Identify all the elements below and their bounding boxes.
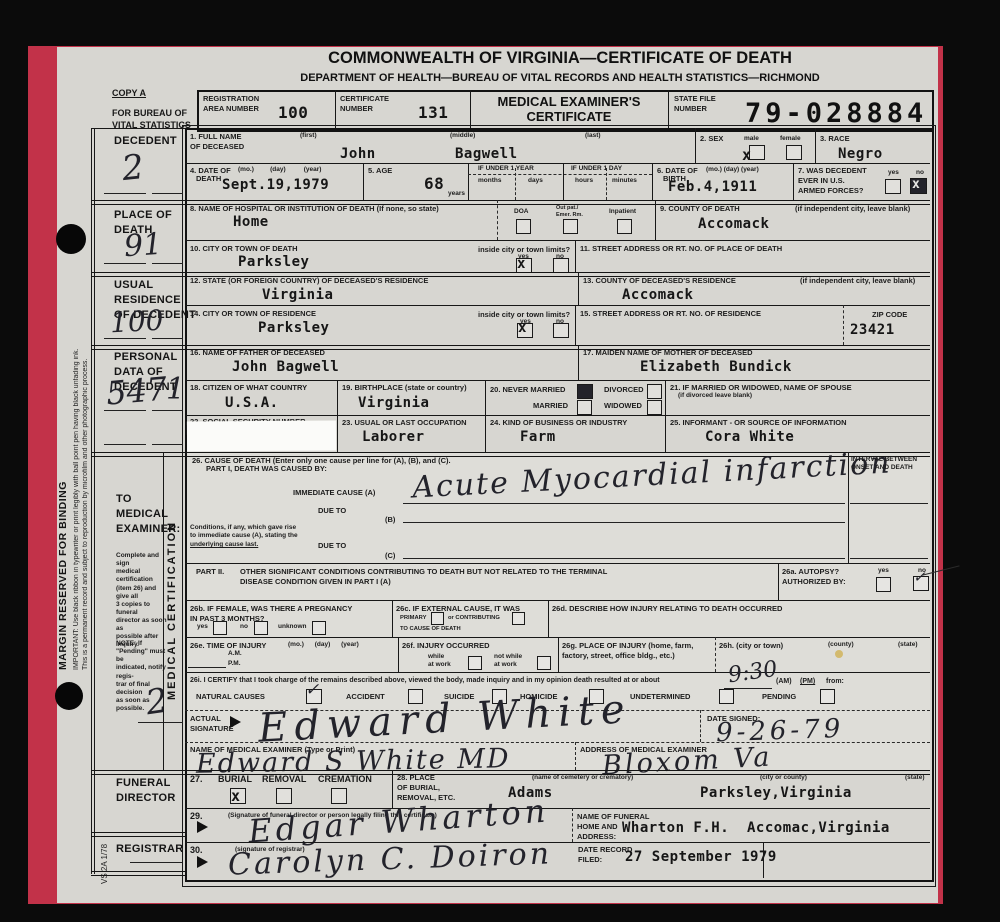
field5-under1year-label: IF UNDER 1 YEAR <box>478 165 534 173</box>
checkbox-death-limits-yes-mark: x <box>517 256 526 272</box>
field10-label: 10. CITY OR TOWN OF DEATH <box>190 244 298 254</box>
field21-hint: (if divorced leave blank) <box>678 392 752 400</box>
divider <box>185 742 930 743</box>
divider <box>468 174 652 175</box>
field3-label: 3. RACE <box>820 134 850 144</box>
field9-hint: (if independent city, leave blank) <box>795 204 910 214</box>
checkbox-sex-female <box>786 145 802 160</box>
part2-label: PART II. <box>196 567 224 577</box>
divider <box>548 600 549 637</box>
checkbox-doa <box>516 219 531 234</box>
field13-county-value: Accomack <box>622 287 693 303</box>
divider <box>91 200 185 205</box>
field26b-no-label: no <box>240 623 248 631</box>
checkbox-removal <box>276 788 292 804</box>
checkbox-undetermined <box>719 689 734 704</box>
sidebar-border <box>91 128 92 874</box>
divider <box>575 240 576 272</box>
field26e-pm-label: P.M. <box>228 660 241 668</box>
sidebar-decedent-label: DECEDENT <box>114 134 177 149</box>
field1-hint-middle: (middle) <box>450 132 475 140</box>
divider <box>185 600 930 601</box>
field7-label: 7. WAS DECEDENT EVER IN U.S. ARMED FORCE… <box>798 166 867 195</box>
field4-date-of-death-value: Sept.19,1979 <box>222 177 329 193</box>
field26c-to-cause-label: TO CAUSE OF DEATH <box>400 626 461 633</box>
funeral-home-value: Wharton F.H. Accomac,Virginia <box>622 820 890 836</box>
checkbox-never-married <box>577 384 593 399</box>
field20-never-married-label: 20. NEVER MARRIED <box>490 385 565 395</box>
field8-label: 8. NAME OF HOSPITAL OR INSTITUTION OF DE… <box>190 204 439 214</box>
divider <box>655 200 656 240</box>
field8-outpatient-label: Out pat./ Emer. Rm. <box>556 205 583 219</box>
field5-months-label: months <box>478 177 501 185</box>
copy-label: COPY A <box>112 88 146 100</box>
field5-under1day-label: IF UNDER 1 DAY <box>571 165 622 173</box>
sidebar-funeral-director-label: FUNERAL DIRECTOR <box>116 776 176 806</box>
interval-label: INTERVAL BETWEEN ONSET AND DEATH <box>851 456 917 472</box>
registration-area-label: REGISTRATION AREA NUMBER <box>203 94 259 114</box>
checkbox-sex-male-mark: x <box>742 146 752 164</box>
divider <box>185 380 930 381</box>
signature-arrow-icon <box>197 821 208 833</box>
checkbox-inpatient <box>617 219 632 234</box>
divider <box>398 637 399 672</box>
divider <box>668 90 669 128</box>
field26-immediate-cause-label: IMMEDIATE CAUSE (A) <box>293 488 375 498</box>
checkbox-armed-forces-yes <box>885 179 901 194</box>
certificate-number-value: 131 <box>418 103 448 122</box>
certificate-number-label: CERTIFICATE NUMBER <box>340 94 389 114</box>
divider <box>185 163 930 164</box>
blank-line <box>152 193 183 194</box>
sidebar-examiner-note: Complete and sign medical certification … <box>116 552 168 650</box>
field1-hint-first: (first) <box>300 132 317 140</box>
field26f-not-while-label: not while at work <box>494 653 522 669</box>
field1-first-name-value: John <box>340 146 376 162</box>
field26g-label: 26g. PLACE OF INJURY (home, farm, factor… <box>562 641 693 661</box>
field20-married-label: MARRIED <box>533 401 568 411</box>
checkbox-armed-forces-no-mark: x <box>912 177 920 192</box>
divider <box>848 452 849 563</box>
state-file-number-label: STATE FILE NUMBER <box>674 94 716 114</box>
blank-line <box>403 558 845 559</box>
field26i-pm-label: (PM) <box>800 677 815 686</box>
divider <box>392 600 393 637</box>
field14-label: 14. CITY OR TOWN OF RESIDENCE <box>190 309 316 319</box>
field26h-state-hint: (state) <box>898 641 918 649</box>
divider <box>715 637 716 672</box>
field10-city-of-death-value: Parksley <box>238 254 309 270</box>
checkbox-cremation <box>331 788 347 804</box>
field5-years-unit: years <box>448 190 465 198</box>
divider <box>185 240 930 241</box>
field14-city-value: Parksley <box>258 320 329 336</box>
field5-age-value: 68 <box>424 174 444 193</box>
signature-arrow-icon <box>230 716 241 728</box>
checkbox-res-limits-yes-mark: x <box>518 320 527 336</box>
field18-citizen-value: U.S.A. <box>225 395 279 411</box>
field20-divorced-label: DIVORCED <box>604 385 644 395</box>
field28-city-hint: (city or county) <box>760 774 807 782</box>
blank-line <box>850 558 928 559</box>
checkbox-res-limits-no <box>553 323 569 338</box>
divider <box>575 742 576 770</box>
checkbox-contributing <box>512 612 525 625</box>
blank-line <box>403 503 845 504</box>
checkbox-pregnancy-no <box>254 621 268 635</box>
medical-certification-vertical-label: MEDICAL CERTIFICATION <box>166 500 178 700</box>
divider <box>815 128 816 163</box>
field18-label: 18. CITIZEN OF WHAT COUNTRY <box>190 383 307 393</box>
field17-mother-value: Elizabeth Bundick <box>640 359 792 375</box>
field9-label: 9. COUNTY OF DEATH <box>660 204 740 214</box>
field27-burial-label: BURIAL <box>218 774 252 786</box>
blank-line <box>152 263 183 264</box>
blank-line <box>130 862 182 863</box>
field5-minutes-label: minutes <box>612 177 637 185</box>
sidebar-residence-code: 100 <box>109 304 164 340</box>
blank-line <box>152 410 183 411</box>
field26h-county-hint: (county) <box>828 641 854 649</box>
checkbox-pending <box>820 689 835 704</box>
field26b-unknown-label: unknown <box>278 623 307 631</box>
divider <box>337 380 338 452</box>
blank-line <box>152 338 183 339</box>
divider <box>91 128 185 129</box>
divider <box>763 842 764 878</box>
field23-label: 23. USUAL OR LAST OCCUPATION <box>342 418 467 428</box>
signature-arrow-icon <box>197 856 208 868</box>
checkbox-pregnancy-unknown <box>312 621 326 635</box>
divider <box>652 163 653 200</box>
field9-county-of-death-value: Accomack <box>698 216 769 232</box>
field15-zip-label: ZIP CODE <box>872 310 907 320</box>
registration-area-value: 100 <box>278 103 308 122</box>
manner-natural-label: NATURAL CAUSES <box>196 692 265 702</box>
blank-line <box>850 503 928 504</box>
divider <box>558 637 559 672</box>
blank-line <box>138 722 183 723</box>
divider <box>700 710 701 742</box>
field24-label: 24. KIND OF BUSINESS OR INDUSTRY <box>490 418 627 428</box>
blank-line <box>104 444 146 445</box>
field1-middle-name-value: Bagwell <box>455 146 518 162</box>
field2-male-label: male <box>744 135 759 143</box>
field16-father-value: John Bagwell <box>232 359 339 375</box>
field30-label: 30. <box>190 845 203 857</box>
field26d-label: 26d. DESCRIBE HOW INJURY RELATING TO DEA… <box>552 604 782 614</box>
punch-hole <box>55 682 83 710</box>
divider <box>91 832 185 837</box>
field26c-label: 26c. IF EXTERNAL CAUSE, IT WAS <box>396 604 520 614</box>
field2-label: 2. SEX <box>700 134 723 144</box>
field6-hints: (mo.) (day) (year) <box>706 166 759 174</box>
divider <box>572 808 573 842</box>
divider <box>793 163 794 200</box>
field27-label: 27. <box>190 774 203 786</box>
divider <box>185 305 930 306</box>
field26i-am-label: (AM) <box>776 677 792 686</box>
field26b-yes-label: yes <box>197 623 208 631</box>
checkbox-burial-mark: x <box>231 787 241 805</box>
blank-line <box>104 410 146 411</box>
field1-label: 1. FULL NAME OF DECEASED <box>190 132 244 152</box>
field26e-am-label: A.M. <box>228 650 242 658</box>
divider <box>470 90 471 128</box>
field26c-primary-label: PRIMARY <box>400 615 427 622</box>
field27-removal-label: REMOVAL <box>262 774 306 786</box>
divider <box>185 563 930 564</box>
field28-state-hint: (state) <box>905 774 925 782</box>
field5-days-label: days <box>528 177 543 185</box>
checkbox-while-at-work <box>468 656 482 670</box>
field7-yes-label: yes <box>888 169 899 177</box>
field26-b-label: (B) <box>385 515 395 525</box>
field25-label: 25. INFORMANT - OR SOURCE OF INFORMATION <box>670 418 847 428</box>
field17-label: 17. MAIDEN NAME OF MOTHER OF DECEASED <box>583 348 753 358</box>
divider <box>91 770 185 775</box>
field7-no-label: no <box>916 169 924 177</box>
blank-line <box>188 667 226 668</box>
checkbox-divorced <box>647 384 662 399</box>
divider <box>606 168 607 200</box>
sidebar-place-code: 91 <box>123 227 164 265</box>
field26a-yes-label: yes <box>878 567 889 575</box>
certificate-title: COMMONWEALTH OF VIRGINIA—CERTIFICATE OF … <box>240 49 880 68</box>
divider <box>578 345 579 380</box>
field28-city-value: Parksley,Virginia <box>700 785 852 801</box>
field8-inpatient-label: Inpatient <box>609 208 636 216</box>
divider <box>363 163 364 200</box>
field3-race-value: Negro <box>838 146 883 162</box>
sidebar-personal-code: 547 <box>104 369 168 412</box>
field13-hint: (if independent city, leave blank) <box>800 276 915 286</box>
divider <box>91 452 185 457</box>
checkbox-not-while-at-work <box>537 656 551 670</box>
medical-examiners-certificate-label: MEDICAL EXAMINER'S CERTIFICATE <box>472 94 666 124</box>
field11-label: 11. STREET ADDRESS OR RT. NO. OF PLACE O… <box>580 244 782 254</box>
field28-cemetery-hint: (name of cemetery or crematory) <box>532 774 633 782</box>
field26-conditions-note-underlined: underlying cause last. <box>190 541 258 549</box>
certificate-subtitle: DEPARTMENT OF HEALTH—BUREAU OF VITAL REC… <box>240 72 880 84</box>
sidebar-registrar-label: REGISTRAR <box>116 842 183 857</box>
divider <box>485 380 486 452</box>
divider <box>578 272 579 305</box>
field26a-label: 26a. AUTOPSY? AUTHORIZED BY: <box>782 567 846 587</box>
divider <box>497 200 498 240</box>
field26-part1-label: PART I, DEATH WAS CAUSED BY: <box>206 464 327 474</box>
field26c-contributing-label: or CONTRIBUTING <box>448 615 500 622</box>
divider <box>515 168 516 200</box>
checkbox-married <box>577 400 592 415</box>
sidebar-decedent-code: 2 <box>120 147 146 189</box>
divider <box>91 871 185 876</box>
checkbox-autopsy-yes <box>876 577 891 592</box>
divider <box>185 672 930 673</box>
field26-due-to-c-label: DUE TO <box>318 541 346 551</box>
checkbox-primary <box>431 612 444 625</box>
sidebar-personal-code2: 1 <box>166 372 185 407</box>
divider <box>575 305 576 345</box>
blank-line <box>104 193 146 194</box>
field19-birthplace-value: Virginia <box>358 395 429 411</box>
field20-widowed-label: WIDOWED <box>604 401 642 411</box>
divider <box>185 842 930 843</box>
field26-conditions-note: Conditions, if any, which gave rise to i… <box>190 524 298 540</box>
field1-hint-last: (last) <box>585 132 601 140</box>
field26-c-label: (C) <box>385 551 395 561</box>
part2-text: OTHER SIGNIFICANT CONDITIONS CONTRIBUTIN… <box>240 567 607 587</box>
checkbox-autopsy-no-mark: ✓ <box>913 568 926 586</box>
field26f-while-label: while at work <box>428 653 451 669</box>
date-filed-value: 27 September 1979 <box>625 849 777 865</box>
divider <box>843 305 844 345</box>
field23-occupation-value: Laborer <box>362 429 425 445</box>
field19-label: 19. BIRTHPLACE (state or country) <box>342 383 467 393</box>
field5-label: 5. AGE <box>368 166 392 176</box>
field8-hospital-value: Home <box>233 214 269 230</box>
field13-label: 13. COUNTY OF DECEASED'S RESIDENCE <box>583 276 736 286</box>
checkbox-pregnancy-yes <box>213 621 227 635</box>
field26h-label: 26h. (city or town) <box>719 641 783 651</box>
checkbox-death-limits-no <box>553 258 569 273</box>
checkbox-widowed <box>647 400 662 415</box>
field5-hours-label: hours <box>575 177 593 185</box>
field4-label2: DEATH <box>196 174 221 184</box>
blank-line <box>104 338 146 339</box>
field16-label: 16. NAME OF FATHER OF DECEASED <box>190 348 325 358</box>
divider <box>163 452 164 770</box>
binding-margin-label: MARGIN RESERVED FOR BINDING <box>57 250 69 670</box>
checkbox-natural-causes-mark: ✓ <box>305 680 319 700</box>
field6-date-of-birth-value: Feb.4,1911 <box>668 179 757 195</box>
actual-signature-label: ACTUAL SIGNATURE <box>190 714 234 734</box>
field26i-from-label: from: <box>826 677 844 686</box>
field4-hints: (mo.) (day) (year) <box>238 166 321 174</box>
blank-line <box>403 522 845 523</box>
field12-label: 12. STATE (OR FOREIGN COUNTRY) OF DECEAS… <box>190 276 428 286</box>
manner-undetermined-label: UNDETERMINED <box>630 692 690 702</box>
field26i-certify-text: 26i. I CERTIFY that I took charge of the… <box>190 676 660 685</box>
divider <box>468 163 469 200</box>
field27-cremation-label: CREMATION <box>318 774 372 786</box>
divider <box>778 563 779 600</box>
manner-pending-label: PENDING <box>762 692 796 702</box>
important-note-line2: This is a permanent record and subject t… <box>82 270 89 670</box>
checkbox-outpatient <box>563 219 578 234</box>
field15-zip-value: 23421 <box>850 322 895 338</box>
field15-label: 15. STREET ADDRESS OR RT. NO. OF RESIDEN… <box>580 309 761 319</box>
divider <box>185 415 930 416</box>
divider <box>695 128 696 163</box>
sidebar-border <box>94 128 95 874</box>
field12-state-value: Virginia <box>262 287 333 303</box>
blank-line <box>104 263 146 264</box>
important-note-line1: IMPORTANT: Use black ribbon in typewrite… <box>73 240 80 670</box>
field26e-hints: (mo.) (day) (year) <box>288 641 359 649</box>
divider <box>563 163 564 200</box>
divider <box>665 380 666 452</box>
field24-business-value: Farm <box>520 429 556 445</box>
field26f-label: 26f. INJURY OCCURRED <box>402 641 490 651</box>
redaction-box <box>187 420 336 451</box>
field2-female-label: female <box>780 135 801 143</box>
field25-informant-value: Cora White <box>705 429 794 445</box>
field8-doa-label: DOA <box>514 208 528 216</box>
divider <box>91 272 185 277</box>
field26-due-to-b-label: DUE TO <box>318 506 346 516</box>
scanned-death-certificate: MARGIN RESERVED FOR BINDING IMPORTANT: U… <box>0 0 1000 922</box>
stain <box>835 650 843 658</box>
divider <box>335 90 336 128</box>
blank-line <box>152 444 183 445</box>
